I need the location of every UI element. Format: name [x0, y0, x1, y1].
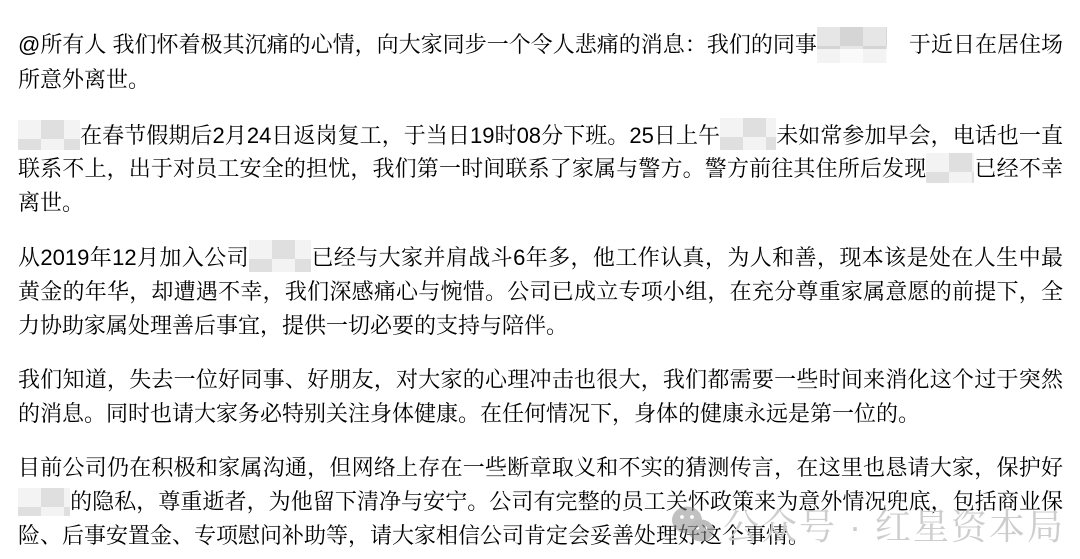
- text-run: @所有人 我们怀着极其沉痛的心情，向大家同步一个令人悲痛的消息：我们的同事: [18, 32, 817, 57]
- redacted-name: [18, 488, 70, 516]
- redacted-name: [720, 118, 776, 150]
- redacted-name: [926, 153, 974, 183]
- text-run: 目前公司仍在积极和家属沟通，但网络上存在一些断章取义和不实的猜测传言，在这里也恳…: [18, 455, 1063, 480]
- paragraph: 在春节假期后2月24日返岗复工，于当日19时08分下班。25日上午未如常参加早会…: [18, 118, 1063, 220]
- redacted-name: [249, 240, 311, 272]
- announcement-body: @所有人 我们怀着极其沉痛的心情，向大家同步一个令人悲痛的消息：我们的同事 于近…: [0, 0, 1080, 552]
- redacted-name: [18, 120, 80, 150]
- paragraph: 从2019年12月加入公司已经与大家并肩战斗6年多，他工作认真，为人和善，现本该…: [18, 240, 1063, 342]
- paragraph: 目前公司仍在积极和家属沟通，但网络上存在一些断章取义和不实的猜测传言，在这里也恳…: [18, 451, 1063, 552]
- redacted-name: [817, 27, 887, 63]
- paragraph: 我们知道，失去一位好同事、好朋友，对大家的心理冲击也很大，我们都需要一些时间来消…: [18, 363, 1063, 430]
- text-run: 从2019年12月加入公司: [18, 245, 249, 270]
- text-run: 的隐私，尊重逝者，为他留下清净与安宁。公司有完整的员工关怀政策来为意外情况兜底，…: [18, 489, 1063, 548]
- text-run: 在春节假期后2月24日返岗复工，于当日19时08分下班。25日上午: [80, 123, 720, 148]
- text-run: 我们知道，失去一位好同事、好朋友，对大家的心理冲击也很大，我们都需要一些时间来消…: [18, 367, 1063, 426]
- paragraph: @所有人 我们怀着极其沉痛的心情，向大家同步一个令人悲痛的消息：我们的同事 于近…: [18, 27, 1063, 97]
